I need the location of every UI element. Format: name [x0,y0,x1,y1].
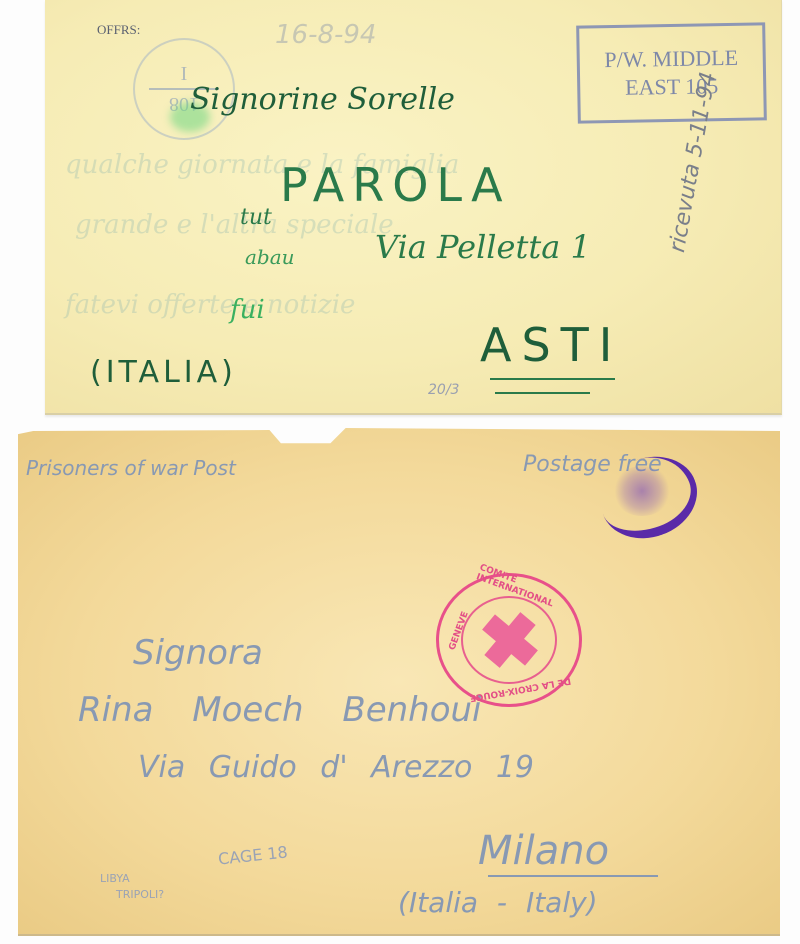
recipient-title: Signora [133,633,263,673]
rc-inner-circle [461,596,557,684]
recipient-country: (Italia - Italy) [398,886,598,919]
city-underline [490,378,615,380]
pw-middle-east-stamp: P/W. MIDDLE EAST 105 [576,22,767,123]
date-note: 16-8-94 [275,20,376,50]
offrs-label: OFFRS: [97,22,140,38]
city-underline [488,875,658,877]
censor-stamp-top: I [181,63,188,86]
show-through-text: grande e l'altra speciale [75,210,394,240]
city-underline-2 [495,392,590,394]
margin-note-1: tut [240,205,272,230]
recipient-name: Rina Moech Benhoui [78,690,482,730]
pow-post-header: Prisoners of war Post [26,456,236,480]
location-note-1: LIBYA [100,872,130,885]
red-cross-stamp: COMITE INTERNATIONAL GENEVE DE LA CROIX-… [436,573,582,707]
address-country: (ITALIA) [90,355,237,390]
margin-note-3: fui [230,295,265,325]
location-note-2: TRIPOLI? [116,888,164,901]
margin-note-2: abau [245,245,295,269]
cage-note: CAGE 18 [217,842,288,868]
recipient-street: Via Guido d' Arezzo 19 [138,750,534,785]
show-through-text: fatevi offerte e notizie [65,290,355,320]
address-street: Via Pelletta 1 [375,228,591,266]
envelope-top: qualche giornata e la famiglia grande e … [45,0,782,415]
address-city: ASTI [480,318,622,372]
address-salutation: Signorine Sorelle [190,82,455,117]
pencil-ref: 20/3 [428,382,459,398]
recipient-city: Milano [478,828,609,874]
pw-stamp-line1: P/W. MIDDLE [604,44,738,74]
address-name: PAROLA [280,158,511,212]
